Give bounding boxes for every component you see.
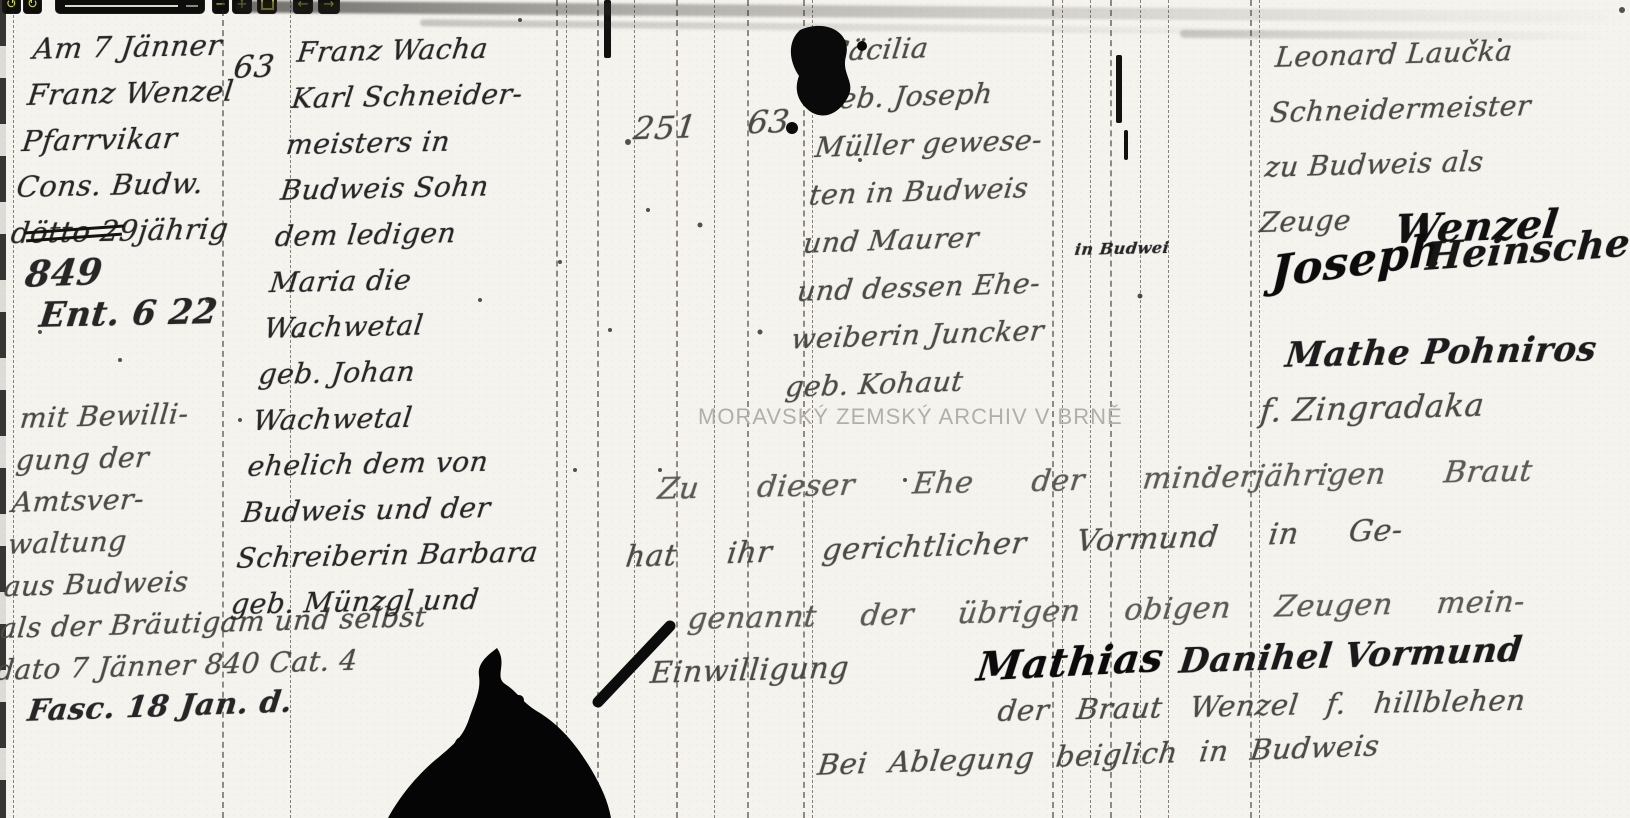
bride-annotation: in Budwei xyxy=(1074,238,1171,259)
signature: Mathe Pohniros xyxy=(1283,330,1599,376)
dispensation-note-line: Zu dieser Ehe der minderjährigen Braut xyxy=(656,454,1535,507)
zoom-slider-track-end xyxy=(186,5,198,7)
protocol-number-text: Ent. 6 22 xyxy=(37,292,220,336)
signature: f. Zingradaka xyxy=(1258,386,1486,430)
entry-number: 849 xyxy=(23,251,105,296)
dispensation-note-line: Bei Ablegung beiglich in Budweis xyxy=(816,729,1382,782)
zoom-slider[interactable] xyxy=(55,0,205,14)
ink-mark xyxy=(1124,130,1128,160)
archive-watermark: MORAVSKÝ ZEMSKÝ ARCHIV V BRNĚ xyxy=(698,404,1123,430)
zoom-slider-track xyxy=(65,5,178,7)
age-number: 63 xyxy=(745,103,792,142)
margin-number: 63 xyxy=(232,49,277,86)
rotate-left-icon: ↺ xyxy=(6,0,17,11)
page-edge-shadow xyxy=(0,0,6,818)
bride-text: Cäcilia geb. Joseph Müller gewese- ten i… xyxy=(783,18,1132,412)
guardian-name-text: Danihel Vormund xyxy=(1177,630,1524,682)
house-number: 251 xyxy=(631,108,699,148)
signature: Mathias xyxy=(974,634,1166,691)
zoom-out-icon: − xyxy=(215,0,226,11)
dispensation-note-line: Einwilligung xyxy=(649,650,851,691)
rotate-right-button[interactable]: ↻ xyxy=(23,0,42,14)
fascicle-note-text: Fasc. 18 Jan. d. xyxy=(26,685,295,729)
dispensation-note-line: der Braut Wenzel f. hillblehen xyxy=(996,683,1528,728)
rotate-right-icon: ↻ xyxy=(27,0,38,11)
dispensation-note-line: hat ihr gerichtlicher Vormund in Ge- xyxy=(624,513,1405,575)
zoom-out-button[interactable]: − xyxy=(212,0,229,14)
scanned-register-page: ↺ ↻ − + ← → Am 7 Jänner Franz Wenzel Pfa… xyxy=(0,0,1630,818)
column-rule xyxy=(13,0,14,818)
